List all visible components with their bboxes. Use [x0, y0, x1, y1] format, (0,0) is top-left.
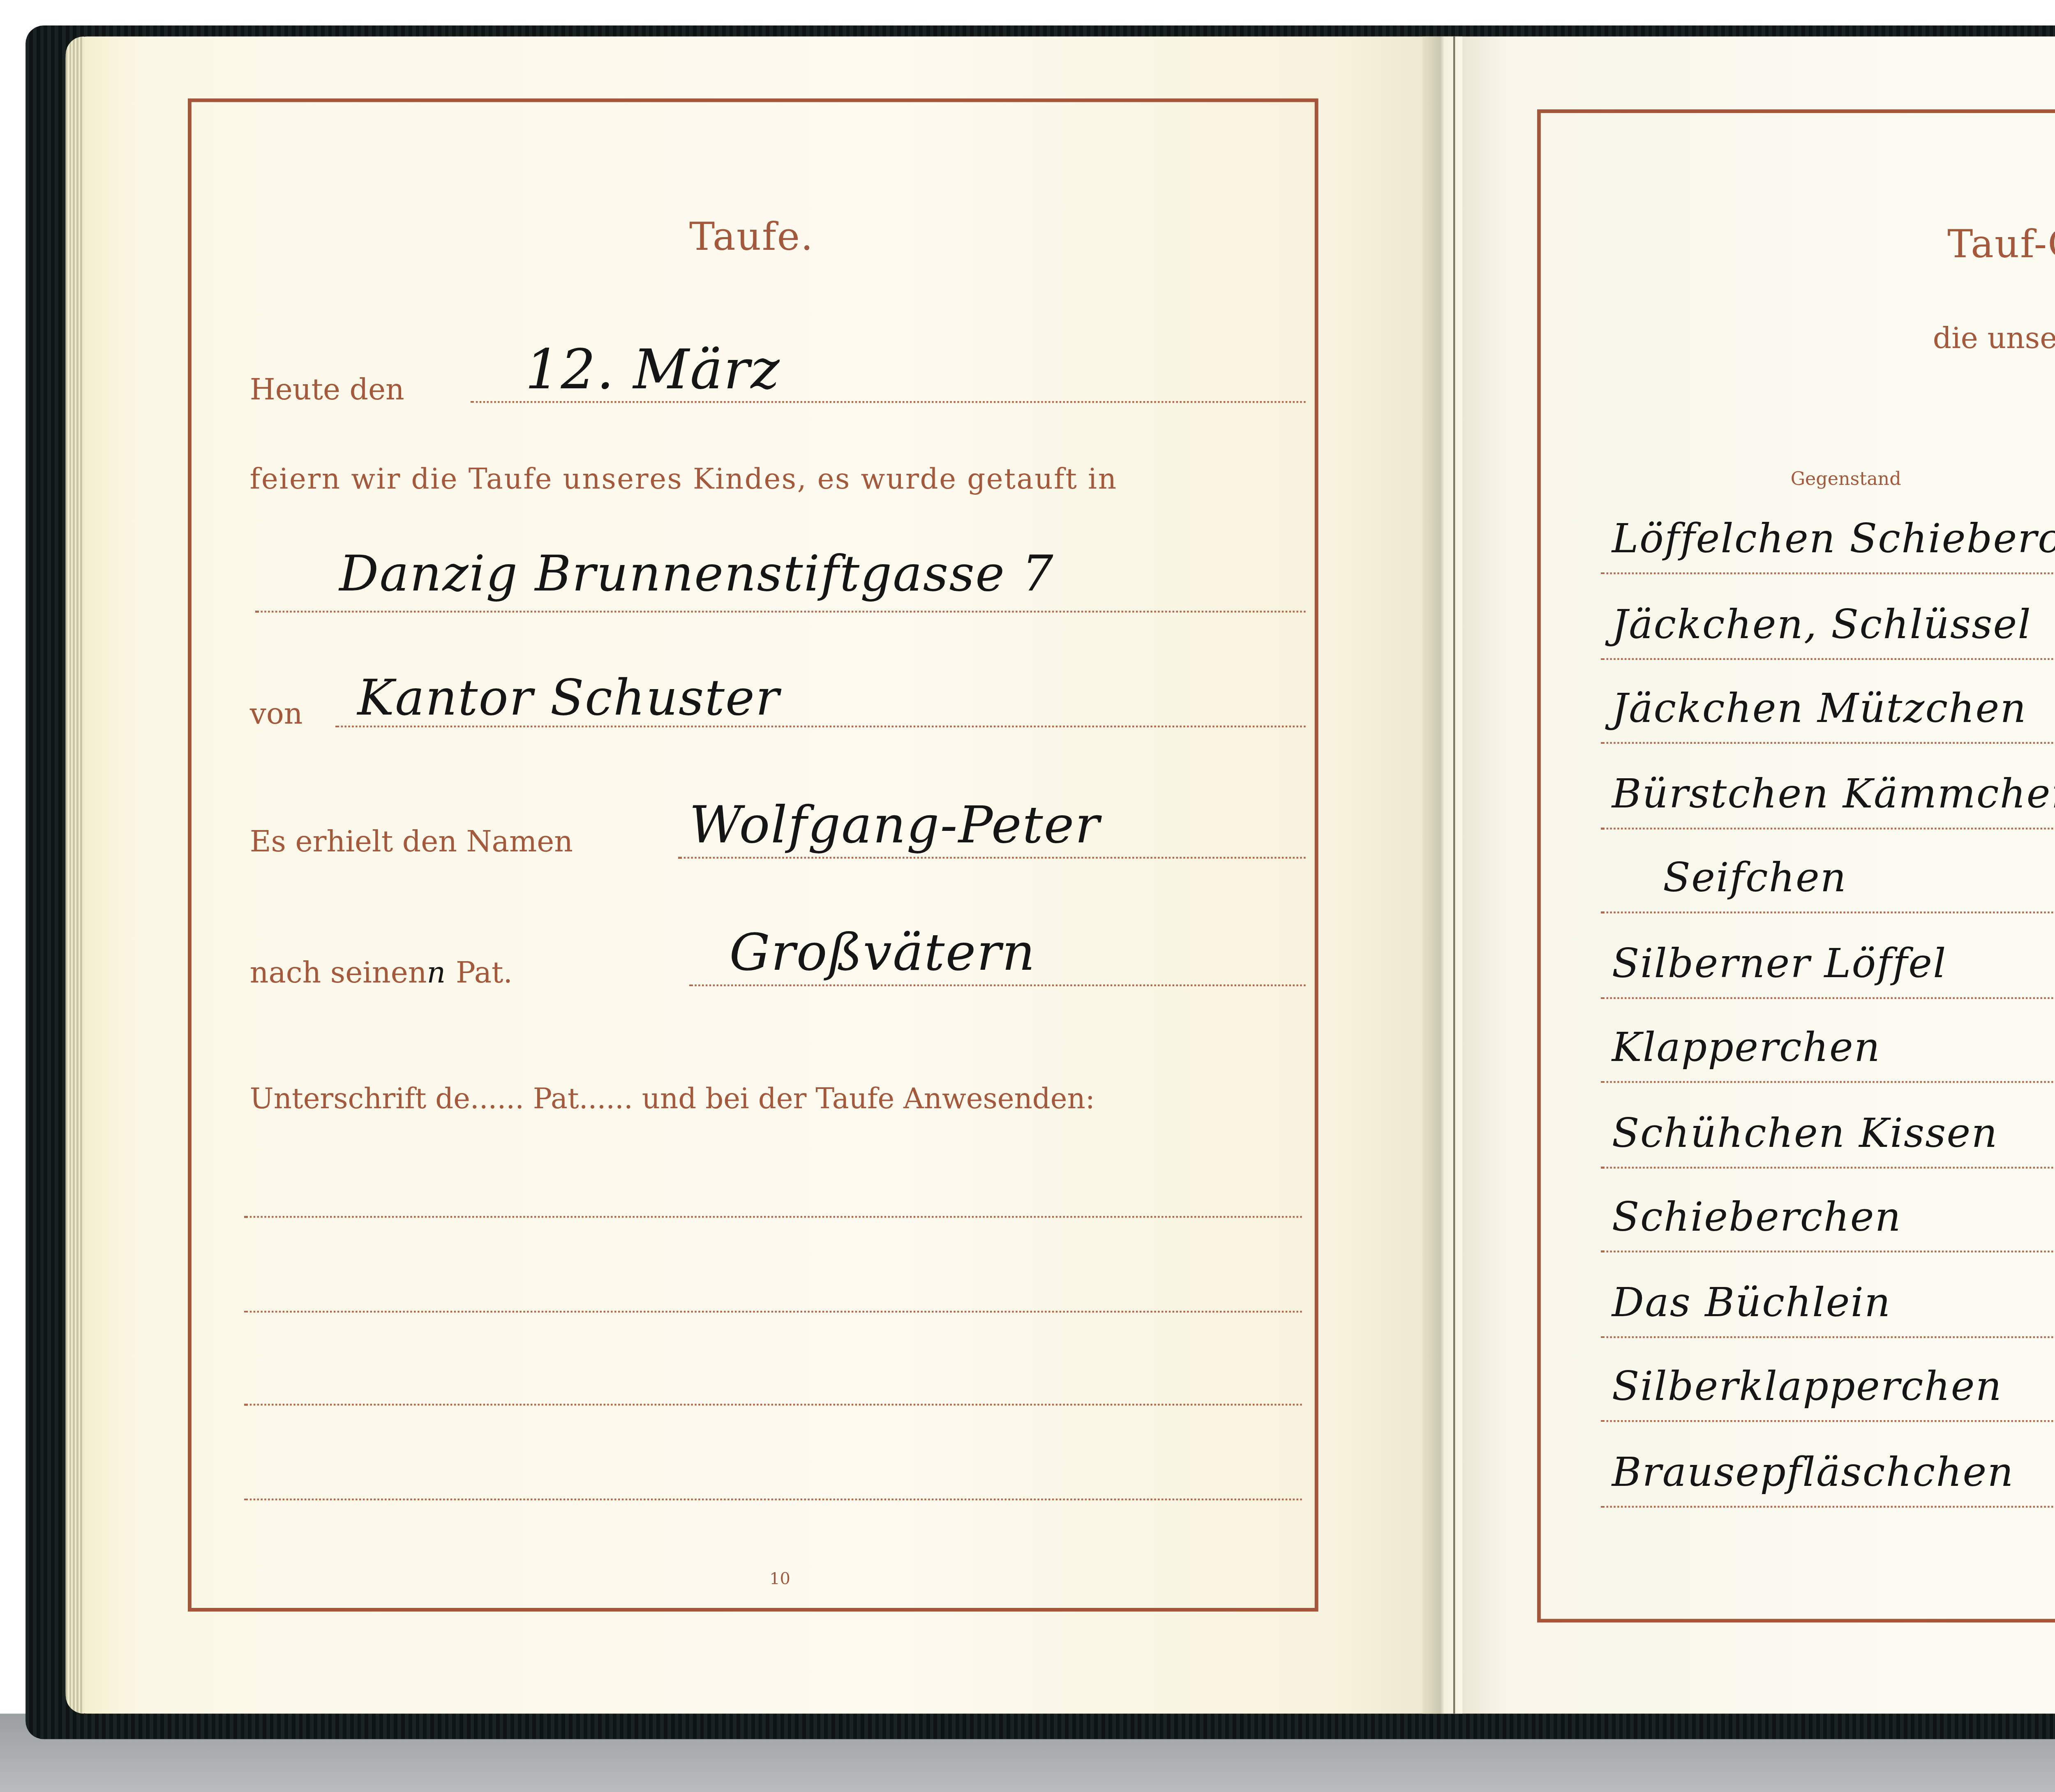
gift-item-line — [1601, 657, 2055, 659]
gift-item: Schieberchen — [1612, 1196, 1902, 1241]
gift-item: Schühchen Kissen — [1612, 1111, 1998, 1157]
page-edge-stack — [66, 37, 84, 1714]
signature-line-1 — [244, 1216, 1302, 1218]
paten-label-post: Pat. — [456, 955, 513, 990]
left-page-number: 10 — [769, 1571, 790, 1589]
right-page-title: Tauf-Geschenke — [1947, 222, 2055, 266]
gift-item: Bürstchen Kämmchen — [1612, 772, 2055, 818]
gift-item: Das Büchlein — [1612, 1281, 1891, 1326]
gift-item: Jäckchen Mützchen — [1612, 687, 2027, 733]
name-line — [678, 857, 1305, 858]
paten-label-handwritten: n — [427, 955, 446, 990]
signature-line-4 — [244, 1499, 1302, 1500]
gift-item: Silberner Löffel — [1612, 941, 1947, 987]
heute-label: Heute den — [250, 372, 404, 406]
spine-line — [1453, 37, 1455, 1714]
paten-label-pre: nach seinen — [250, 955, 427, 990]
von-label: von — [250, 697, 303, 731]
gift-item-line — [1601, 827, 2055, 828]
place-line — [255, 611, 1305, 612]
gift-item-line — [1601, 1081, 2055, 1083]
gift-item-line — [1601, 1166, 2055, 1167]
signature-line-3 — [244, 1404, 1302, 1405]
column-header-item: Gegenstand — [1791, 470, 1901, 491]
gift-item-line — [1601, 742, 2055, 744]
signature-line-2 — [244, 1311, 1302, 1312]
gift-item-line — [1601, 1505, 2055, 1506]
gift-item-line — [1601, 1420, 2055, 1422]
gift-item: Brausepfläschchen — [1612, 1450, 2014, 1496]
feiern-text: feiern wir die Taufe unseres Kindes, es … — [250, 463, 1118, 496]
spine-gutter — [1422, 37, 1462, 1714]
gift-item: Löffelchen Schieberchen — [1612, 518, 2055, 563]
paten-line — [689, 985, 1306, 986]
signature-label: Unterschrift de...... Pat...... und bei … — [250, 1083, 1095, 1116]
gift-item-line — [1601, 911, 2055, 913]
von-value: Kantor Schuster — [358, 671, 780, 728]
heute-value: 12. März — [525, 339, 780, 403]
gift-item-line — [1601, 996, 2055, 998]
gift-item-line — [1601, 1335, 2055, 1337]
book-spread: Taufe. Heute den 12. März feiern wir die… — [0, 0, 2055, 1791]
right-page-subtitle: die unser Kind bekam. — [1933, 321, 2055, 355]
gift-item: Silberklapperchen — [1612, 1365, 2002, 1411]
gift-item: Jäckchen, Schlüssel — [1612, 602, 2032, 648]
gift-item: Klapperchen — [1612, 1026, 1881, 1072]
paten-label: nach seinenn Pat. — [250, 955, 513, 990]
left-page-title: Taufe. — [689, 215, 814, 259]
gift-item-line — [1601, 1250, 2055, 1252]
place-value: Danzig Brunnenstiftgasse 7 — [339, 547, 1054, 604]
name-label: Es erhielt den Namen — [250, 824, 573, 858]
paten-value: Großvätern — [730, 923, 1036, 982]
name-value: Wolfgang-Peter — [689, 795, 1100, 855]
gift-item: Seifchen — [1663, 857, 1847, 902]
gift-item-line — [1601, 572, 2055, 574]
